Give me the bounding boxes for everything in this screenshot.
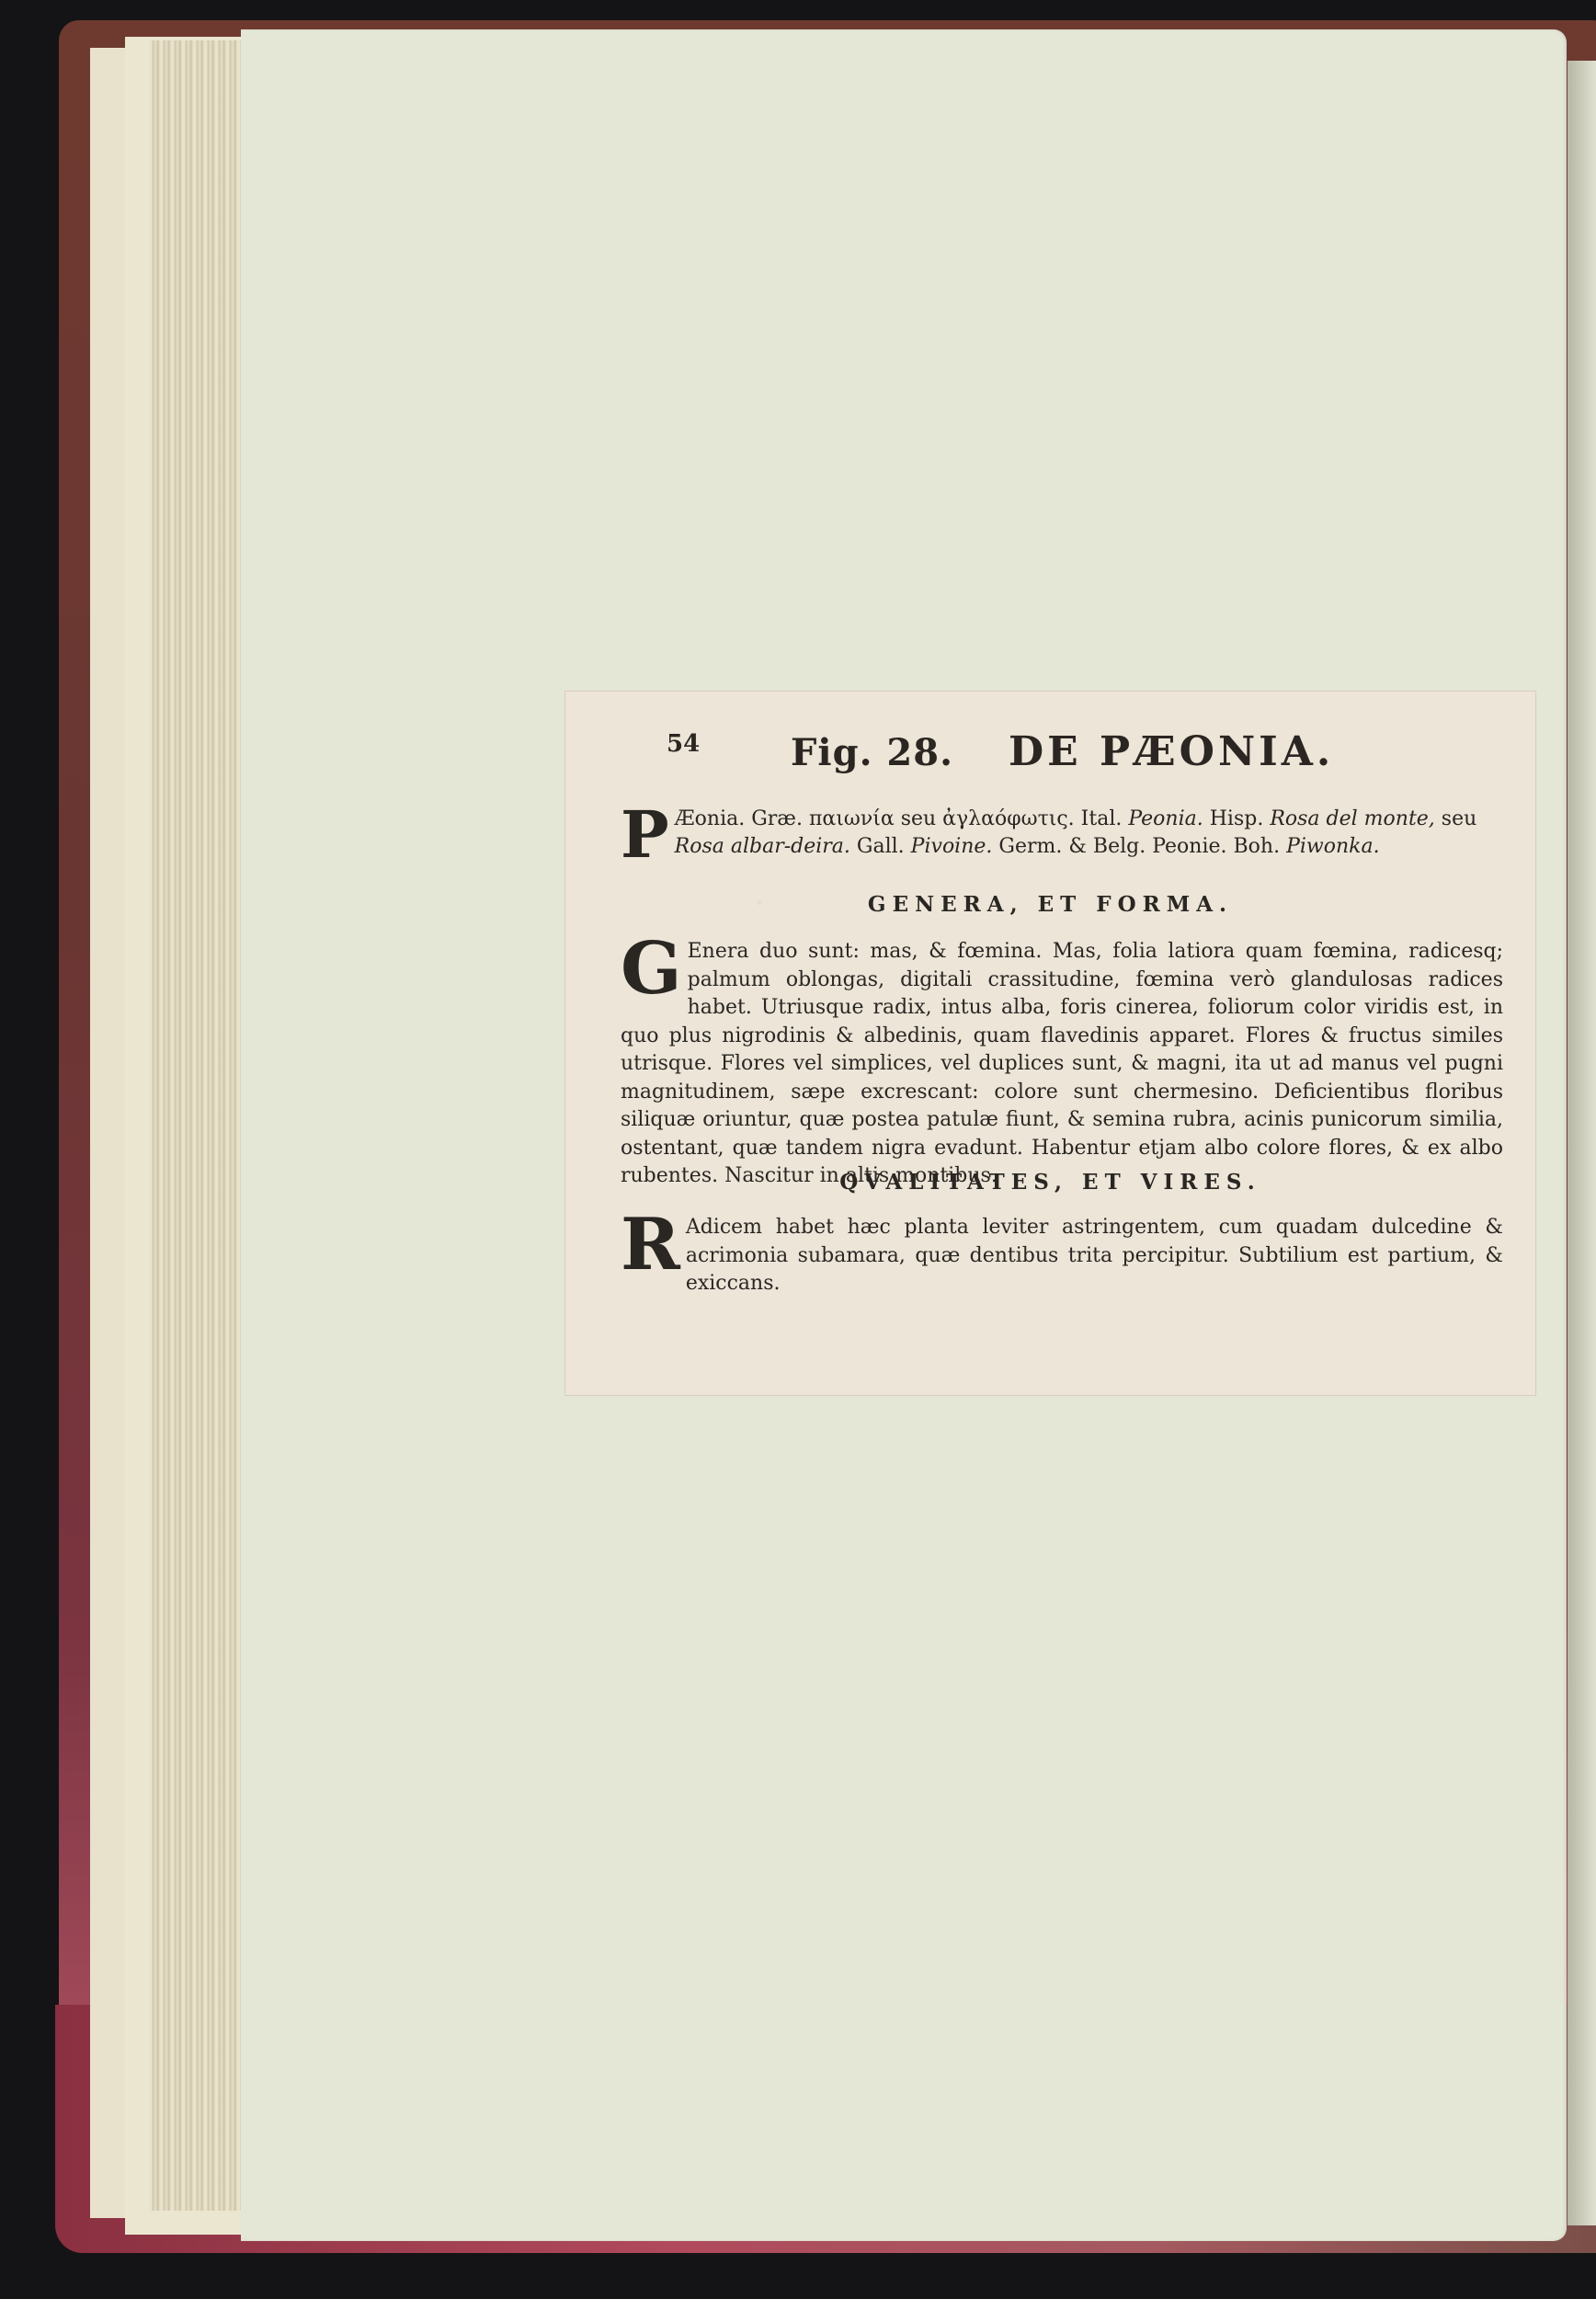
- dropcap-p: P: [621, 807, 669, 863]
- title-text: DE PÆONIA.: [1009, 728, 1334, 775]
- page-number: 54: [667, 730, 700, 758]
- dropcap-r: R: [621, 1216, 680, 1275]
- synonyms-paragraph: P Æonia. Græ. παιωνία seu ἀγλαόφωτις. It…: [621, 806, 1503, 863]
- page-title: Fig. 28.DE PÆONIA.: [791, 728, 1334, 775]
- qualitates-paragraph: R Adicem habet hæc planta leviter astrin…: [621, 1214, 1503, 1298]
- section-heading-qualitates: QVALITATES, ET VIRES.: [565, 1170, 1535, 1195]
- genera-paragraph: G Enera duo sunt: mas, & fœmina. Mas, fo…: [621, 938, 1503, 1191]
- section-heading-genera: GENERA, ET FORMA.: [565, 892, 1535, 917]
- pasted-text-slip: 54 Fig. 28.DE PÆONIA. P Æonia. Græ. παιω…: [565, 692, 1535, 1395]
- figure-label: Fig. 28.: [791, 731, 953, 774]
- page-edges: [149, 40, 242, 2211]
- dropcap-g: G: [621, 940, 682, 999]
- next-page-edge: [1567, 61, 1596, 2225]
